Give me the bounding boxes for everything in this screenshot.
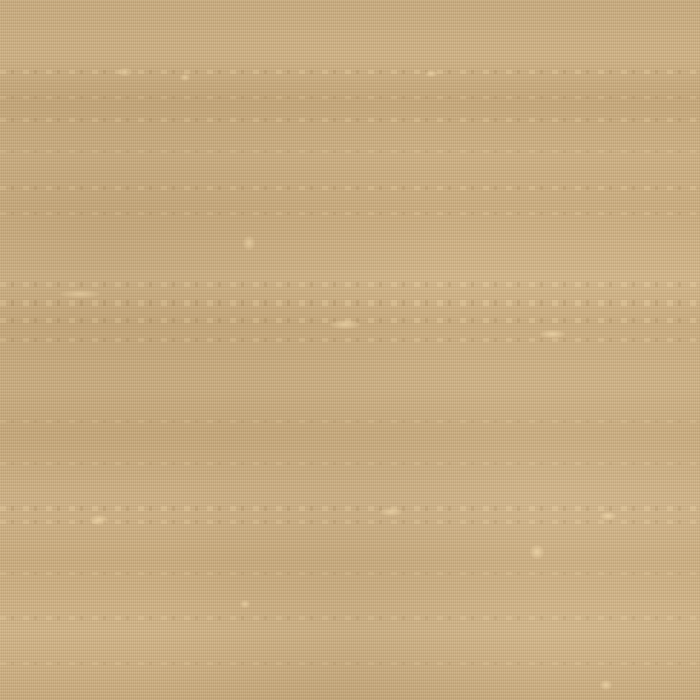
lighting-overlay xyxy=(0,0,700,700)
